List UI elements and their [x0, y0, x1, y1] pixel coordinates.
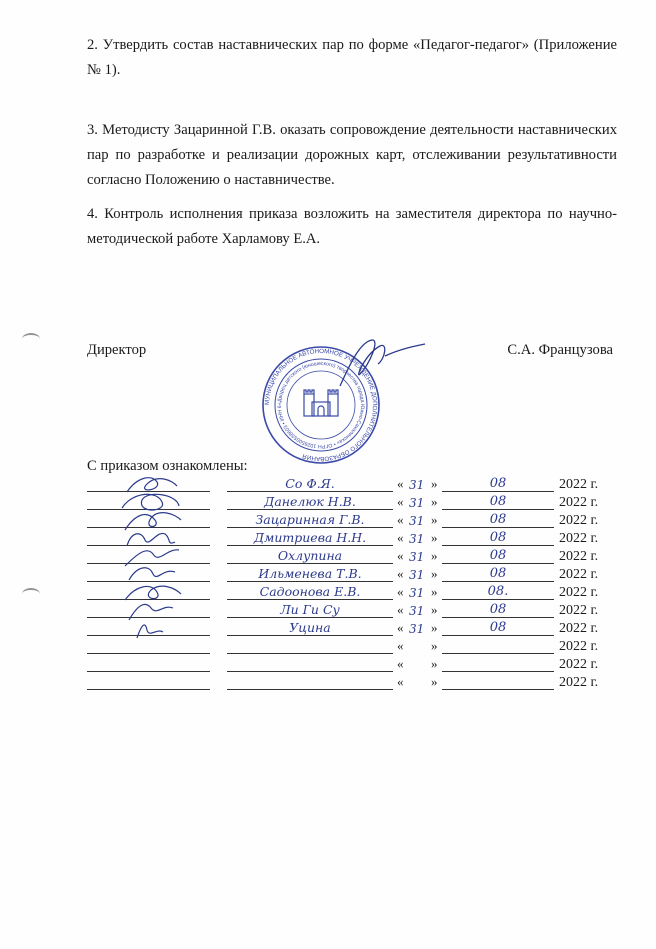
name-line: [227, 671, 393, 672]
date-year: 2022 г.: [559, 657, 598, 673]
date-day: 31: [409, 478, 424, 492]
date-month: 08: [442, 512, 554, 527]
name-line: [227, 545, 393, 546]
month-line: [442, 653, 554, 654]
acknowledgement-table: Со Ф.Я. « 31 » 08 2022 г. Данелюк Н.В. «…: [87, 476, 617, 692]
date-month: 08.: [442, 584, 554, 599]
date-month: 08: [442, 620, 554, 635]
table-row: « » 2022 г.: [87, 656, 617, 674]
director-signature-icon: [330, 334, 430, 394]
signer-name-handwritten: Уцина: [229, 620, 391, 635]
handwritten-signature-icon: [117, 616, 187, 640]
signer-name-handwritten: Со Ф.Я.: [229, 476, 391, 491]
date-year: 2022 г.: [559, 585, 598, 601]
date-year: 2022 г.: [559, 549, 598, 565]
name-line: [227, 563, 393, 564]
date-year: 2022 г.: [559, 621, 598, 637]
signer-name-handwritten: Садоонова Е.В.: [229, 584, 391, 599]
punch-hole-mark: [22, 333, 40, 345]
date-month: 08: [442, 602, 554, 617]
signer-name-handwritten: Данелюк Н.В.: [229, 494, 391, 509]
month-line: [442, 581, 554, 582]
date-month: 08: [442, 548, 554, 563]
signer-name-handwritten: Ли Ги Су: [229, 602, 391, 617]
signer-name-handwritten: Дмитриева Н.Н.: [229, 530, 391, 545]
date-day: 31: [409, 496, 424, 510]
paragraph-item-3: 3. Методисту Зацаринной Г.В. оказать соп…: [87, 118, 617, 193]
table-row: « » 2022 г.: [87, 638, 617, 656]
date-year: 2022 г.: [559, 603, 598, 619]
month-line: [442, 509, 554, 510]
signer-name-handwritten: Охлупина: [229, 548, 391, 563]
date-day: 31: [409, 568, 424, 582]
signer-name-handwritten: Ильменева Т.В.: [229, 566, 391, 581]
name-line: [227, 689, 393, 690]
paragraph-item-4: 4. Контроль исполнения приказа возложить…: [87, 202, 617, 252]
date-year: 2022 г.: [559, 531, 598, 547]
punch-hole-mark: [22, 588, 40, 600]
date-day: 31: [409, 514, 424, 528]
name-line: [227, 527, 393, 528]
date-day: 31: [409, 604, 424, 618]
month-line: [442, 563, 554, 564]
date-year: 2022 г.: [559, 495, 598, 511]
date-day: 31: [409, 586, 424, 600]
month-line: [442, 491, 554, 492]
month-line: [442, 617, 554, 618]
date-day: 31: [409, 532, 424, 546]
name-line: [227, 617, 393, 618]
date-year: 2022 г.: [559, 675, 598, 691]
date-day: 31: [409, 550, 424, 564]
signature-line: [87, 653, 210, 654]
date-month: 08: [442, 566, 554, 581]
date-year: 2022 г.: [559, 477, 598, 493]
signature-line: [87, 671, 210, 672]
signer-title: Директор: [87, 342, 146, 359]
name-line: [227, 653, 393, 654]
signer-name: С.А. Французова: [507, 342, 613, 359]
month-line: [442, 671, 554, 672]
name-line: [227, 509, 393, 510]
name-line: [227, 581, 393, 582]
date-month: 08: [442, 494, 554, 509]
date-year: 2022 г.: [559, 513, 598, 529]
month-line: [442, 599, 554, 600]
signer-name-handwritten: Зацаринная Г.В.: [229, 512, 391, 527]
date-month: 08: [442, 476, 554, 491]
date-day: 31: [409, 622, 424, 636]
date-month: 08: [442, 530, 554, 545]
signature-line: [87, 689, 210, 690]
table-row: Уцина « 31 » 08 2022 г.: [87, 620, 617, 638]
table-row: « » 2022 г.: [87, 674, 617, 692]
document-page: 2. Утвердить состав наставнических пар п…: [0, 0, 656, 949]
date-year: 2022 г.: [559, 639, 598, 655]
month-line: [442, 635, 554, 636]
name-line: [227, 599, 393, 600]
name-line: [227, 491, 393, 492]
month-line: [442, 689, 554, 690]
name-line: [227, 635, 393, 636]
month-line: [442, 545, 554, 546]
paragraph-item-2: 2. Утвердить состав наставнических пар п…: [87, 33, 617, 83]
month-line: [442, 527, 554, 528]
date-year: 2022 г.: [559, 567, 598, 583]
